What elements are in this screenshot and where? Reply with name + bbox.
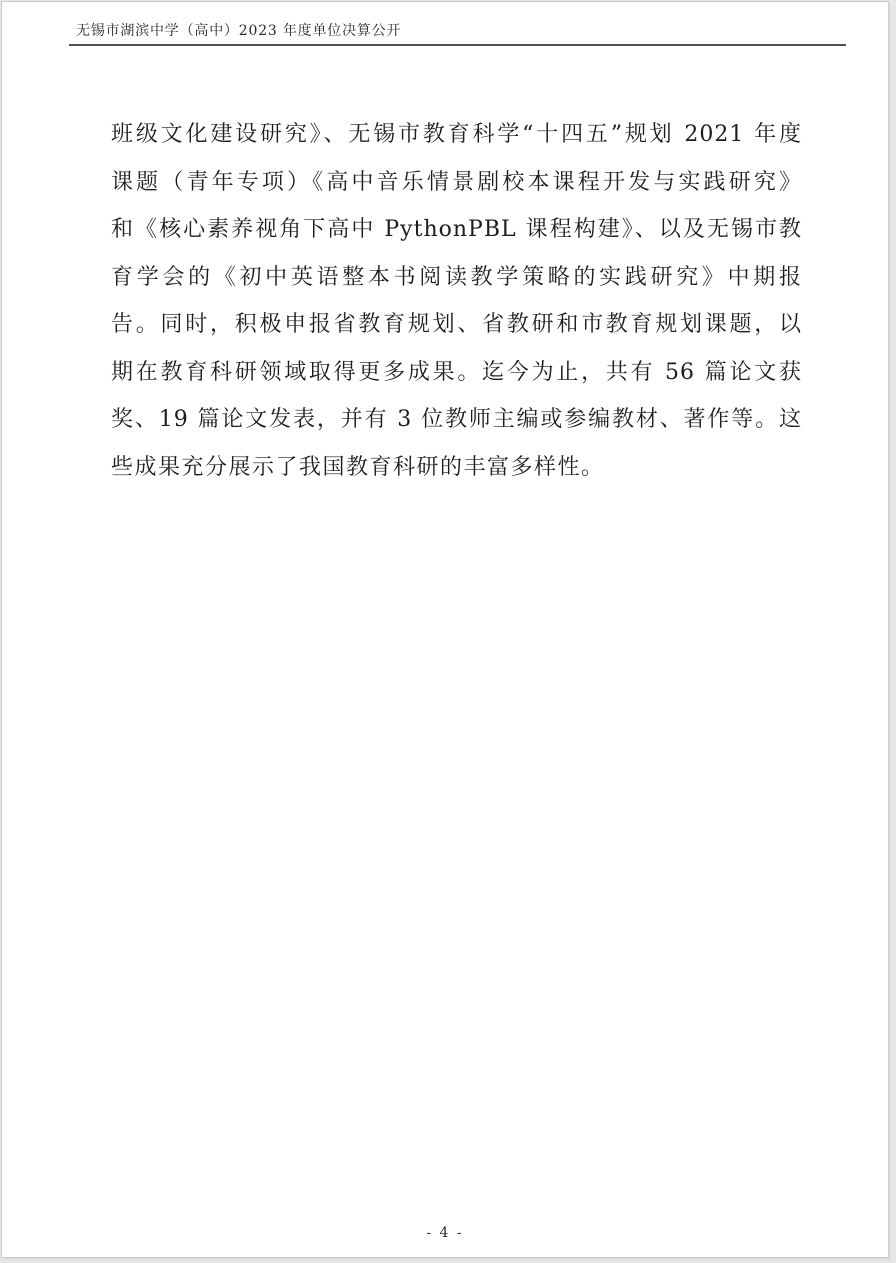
body-line: 课题（青年专项）《高中音乐情景剧校本课程开发与实践研究》	[111, 159, 802, 207]
body-line: 奖、19 篇论文发表，并有 3 位教师主编或参编教材、著作等。这	[111, 396, 802, 444]
body-line: 些成果充分展示了我国教育科研的丰富多样性。	[111, 444, 802, 492]
page-footer: - 4 -	[2, 1222, 888, 1243]
document-body: 班级文化建设研究》、无锡市教育科学“十四五”规划 2021 年度 课题（青年专项…	[111, 111, 802, 491]
body-line: 告。同时，积极申报省教育规划、省教研和市教育规划课题，以	[111, 301, 802, 349]
body-line: 育学会的《初中英语整本书阅读教学策略的实践研究》中期报	[111, 254, 802, 302]
body-line: 和《核心素养视角下高中 PythonPBL 课程构建》、以及无锡市教	[111, 206, 802, 254]
document-page: 无锡市湖滨中学（高中）2023 年度单位决算公开 班级文化建设研究》、无锡市教育…	[1, 1, 889, 1258]
header-title: 无锡市湖滨中学（高中）2023 年度单位决算公开	[69, 23, 846, 39]
page-header: 无锡市湖滨中学（高中）2023 年度单位决算公开	[69, 23, 846, 46]
body-line: 期在教育科研领域取得更多成果。迄今为止，共有 56 篇论文获	[111, 349, 802, 397]
page-number: - 4 -	[426, 1225, 463, 1241]
body-line: 班级文化建设研究》、无锡市教育科学“十四五”规划 2021 年度	[111, 111, 802, 159]
